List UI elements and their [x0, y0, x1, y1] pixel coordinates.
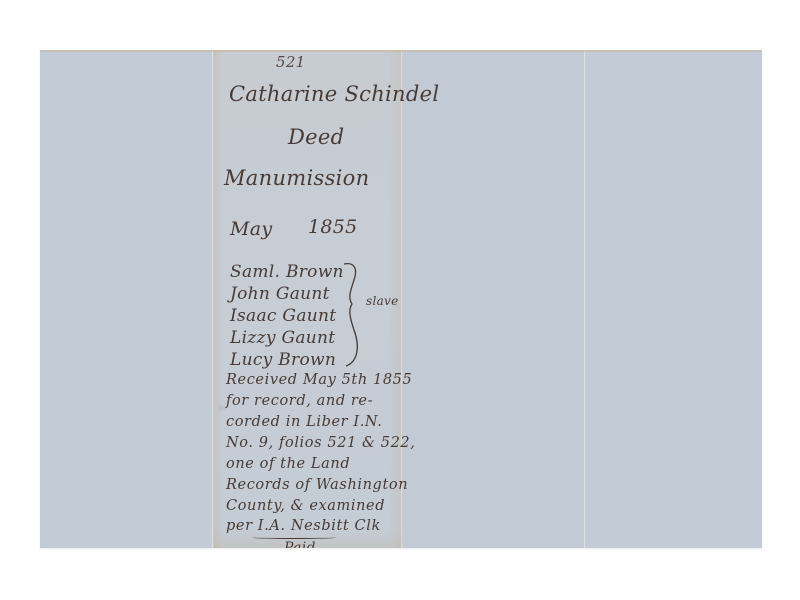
date-year: 1855 — [308, 216, 358, 238]
panel-center — [402, 50, 585, 548]
page-number: 521 — [276, 53, 306, 71]
panel-left — [40, 50, 213, 548]
recording-note-line: No. 9, folios 521 & 522, — [226, 435, 415, 451]
date-month: May — [230, 218, 272, 240]
person-name: John Gaunt — [230, 284, 330, 304]
brace-annotation: slave — [366, 294, 399, 308]
image-stage: 521 Catharine Schindel Deed Manumission … — [0, 0, 800, 600]
paper-edge-stain — [40, 50, 762, 52]
fold-line — [212, 50, 214, 548]
person-name: Lucy Brown — [230, 350, 336, 370]
payment-note: Paid — [284, 540, 316, 548]
recording-note-line: Received May 5th 1855 — [226, 372, 412, 388]
recording-note-line: Records of Washington — [226, 477, 408, 493]
instrument-type: Deed — [288, 125, 344, 149]
recording-note-line: per I.A. Nesbitt Clk — [226, 518, 381, 534]
grantor-name: Catharine Schindel — [229, 82, 439, 106]
signature-flourish — [252, 536, 336, 539]
fold-line — [401, 50, 403, 548]
recording-note-line: one of the Land — [226, 456, 350, 472]
panel-right — [585, 50, 762, 548]
brace-mark — [340, 260, 370, 370]
fold-line — [584, 50, 586, 548]
instrument-subject: Manumission — [224, 166, 369, 190]
recording-note-line: County, & examined — [226, 498, 385, 514]
recording-note-line: corded in Liber I.N. — [226, 414, 383, 430]
manuscript-sheet: 521 Catharine Schindel Deed Manumission … — [40, 50, 762, 548]
recording-note-line: for record, and re- — [226, 393, 373, 409]
person-name: Isaac Gaunt — [230, 306, 336, 326]
ink-blot — [218, 405, 226, 411]
person-name: Saml. Brown — [230, 262, 344, 282]
person-name: Lizzy Gaunt — [230, 328, 335, 348]
